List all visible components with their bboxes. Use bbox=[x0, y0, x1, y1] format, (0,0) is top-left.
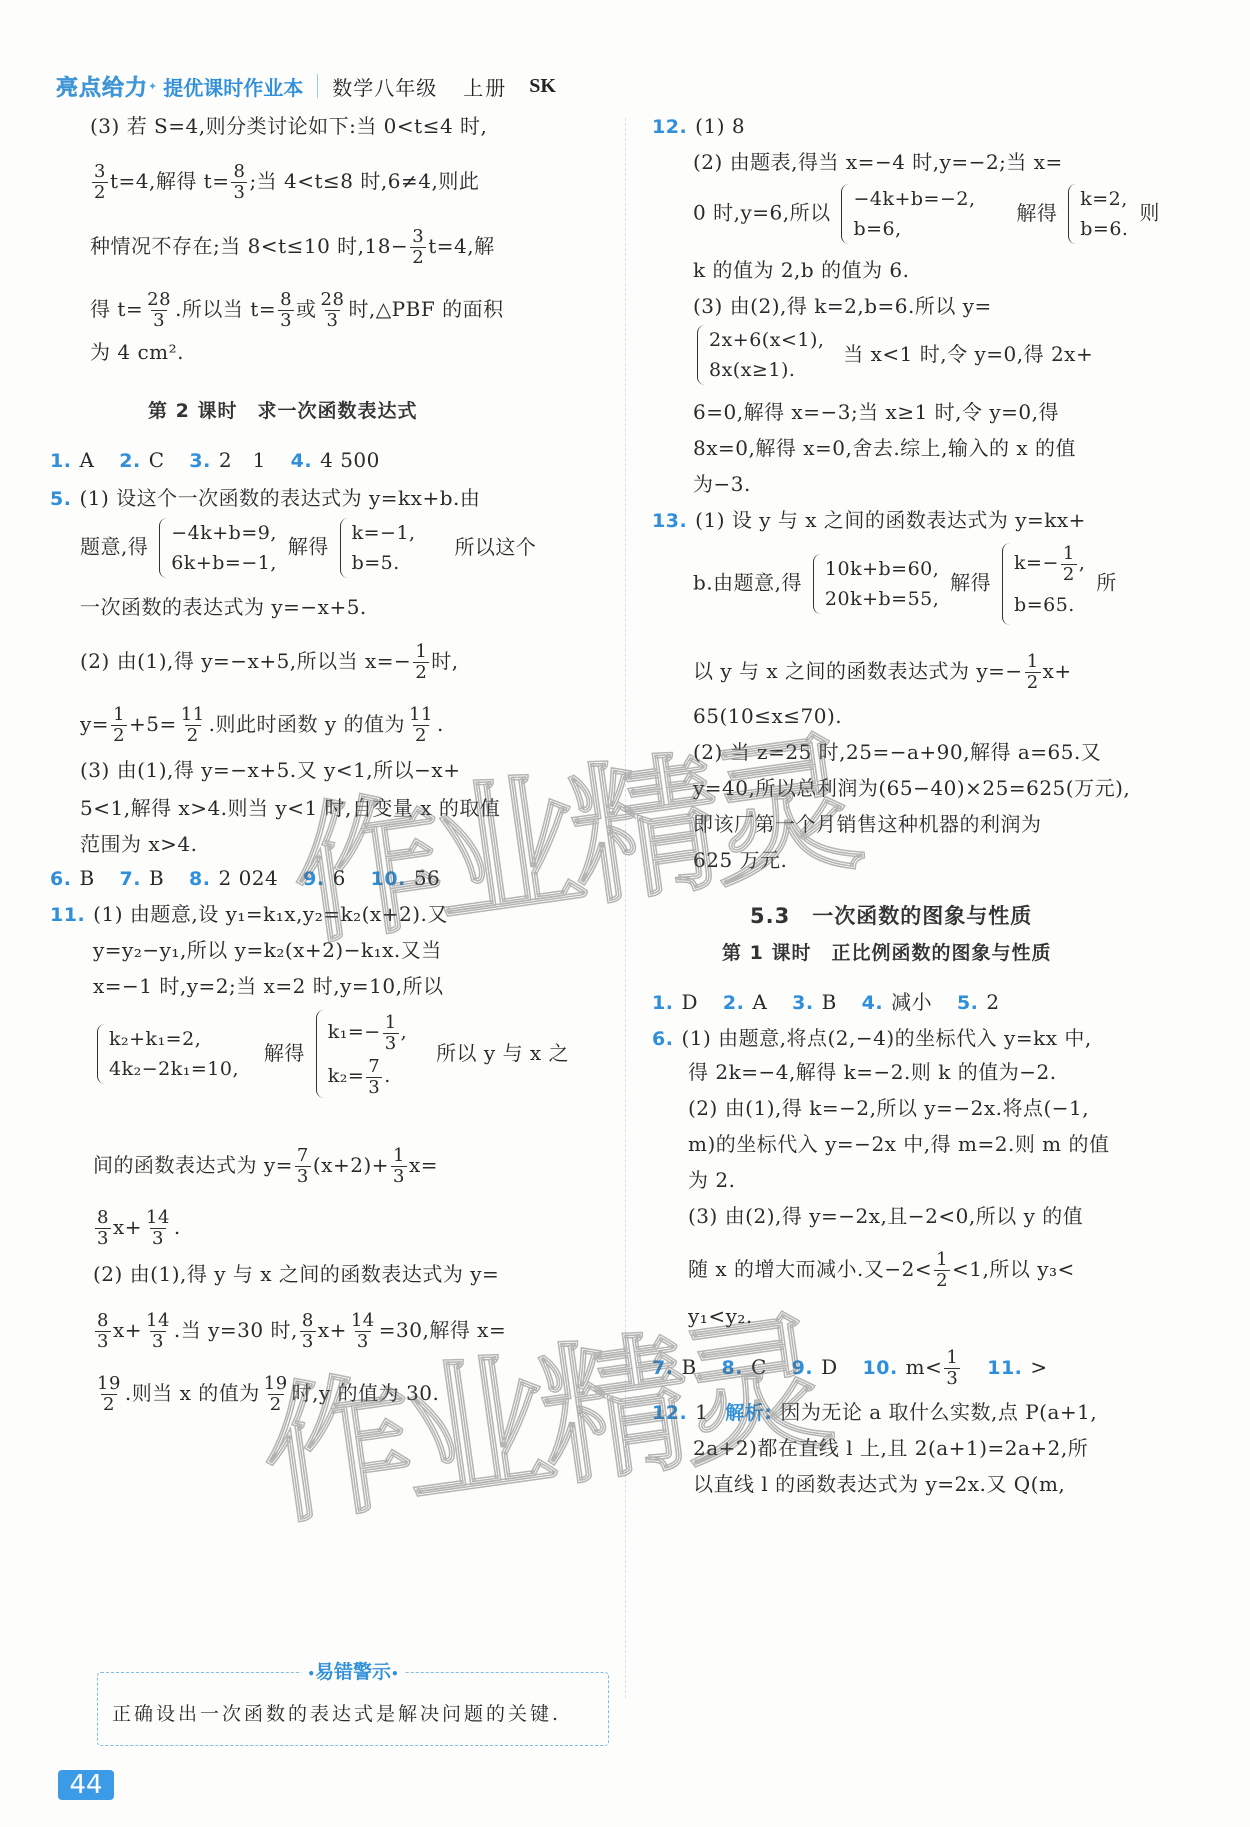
question-12: 12.(1) 8 bbox=[652, 112, 745, 141]
text-line: (3) 若 S=4,则分类讨论如下:当 0<t≤4 时, bbox=[90, 112, 487, 140]
text-line: (2) 由(1),得 y 与 x 之间的函数表达式为 y= bbox=[93, 1260, 499, 1288]
fraction: 192 bbox=[262, 1374, 290, 1415]
fraction: 143 bbox=[349, 1311, 377, 1352]
fraction: 83 bbox=[278, 290, 294, 331]
fraction: 12 bbox=[111, 705, 127, 746]
edition-label: SK bbox=[529, 75, 556, 98]
text-line: (3) 由(2),得 y=−2x,且−2<0,所以 y 的值 bbox=[688, 1202, 1083, 1230]
brand-logo: 亮点给力 bbox=[56, 71, 148, 102]
fraction: 83 bbox=[95, 1311, 111, 1352]
text-line: 2a+2)都在直线 l 上,且 2(a+1)=2a+2,所 bbox=[693, 1434, 1088, 1462]
fraction: 283 bbox=[145, 290, 173, 331]
equation-system: k₁=−13,k₂=73. bbox=[316, 1010, 407, 1098]
text-line: 题意,得 −4k+b=9,6k+b=−1, 解得 k=−1,b=5. 所以这个 bbox=[80, 518, 536, 578]
fraction: 83 bbox=[231, 162, 247, 203]
text-line: 以 y 与 x 之间的函数表达式为 y=−12x+ bbox=[693, 652, 1072, 693]
question-6: 6.(1) 由题意,将点(2,−4)的坐标代入 y=kx 中, bbox=[652, 1024, 1092, 1053]
answer-row: 7.B 8.C 9.D 10.m<13 11.> bbox=[652, 1348, 1048, 1389]
fraction: 12 bbox=[413, 642, 429, 683]
text-line: (2) 由(1),得 y=−x+5,所以当 x=−12时, bbox=[80, 642, 459, 683]
page-header: 亮点给力 ✦ 提优课时作业本 数学八年级 上册 SK bbox=[56, 68, 556, 104]
text-line: 以直线 l 的函数表达式为 y=2x.又 Q(m, bbox=[693, 1470, 1065, 1498]
text-line: 得 t=283.所以当 t=83或283时,△PBF 的面积 bbox=[90, 290, 504, 331]
text-line: 625 万元. bbox=[693, 846, 787, 874]
equation-system: k=2,b=6. bbox=[1068, 184, 1128, 244]
equation-system: −4k+b=−2,b=6, bbox=[841, 184, 975, 244]
page-number-badge: 44 bbox=[58, 1770, 114, 1800]
text-line: y=40,所以总利润为(65−40)×25=625(万元), bbox=[693, 774, 1130, 802]
text-line: 为 2. bbox=[688, 1166, 735, 1194]
text-line: 6=0,解得 x=−3;当 x≥1 时,令 y=0,得 bbox=[693, 398, 1059, 426]
answer-row: 1.D 2.A 3.B 4.减小 5.2 bbox=[652, 988, 1000, 1017]
text-line: (2) 由(1),得 k=−2,所以 y=−2x.将点(−1, bbox=[688, 1094, 1089, 1122]
text-line: y=y₂−y₁,所以 y=k₂(x+2)−k₁x.又当 bbox=[93, 936, 442, 964]
text-line: (3) 由(2),得 k=2,b=6.所以 y= bbox=[693, 292, 992, 320]
text-line: 2x+6(x<1),8x(x≥1). 当 x<1 时,令 y=0,得 2x+ bbox=[693, 325, 1093, 385]
text-line: (3) 由(1),得 y=−x+5.又 y<1,所以−x+ bbox=[80, 756, 460, 784]
question-5: 5.(1) 设这个一次函数的表达式为 y=kx+b.由 bbox=[50, 484, 480, 513]
equation-system: k₂+k₁=2,4k₂−2k₁=10, bbox=[97, 1024, 239, 1084]
fraction: 32 bbox=[92, 162, 108, 203]
text-line: 65(10≤x≤70). bbox=[693, 702, 842, 730]
star-icon: ✦ bbox=[148, 80, 157, 93]
text-line: 0 时,y=6,所以 −4k+b=−2,b=6, 解得 k=2,b=6. 则 bbox=[693, 184, 1160, 244]
text-line: k 的值为 2,b 的值为 6. bbox=[693, 256, 910, 284]
piecewise-function: 2x+6(x<1),8x(x≥1). bbox=[697, 325, 824, 385]
text-line: 间的函数表达式为 y=73(x+2)+13x= bbox=[93, 1146, 438, 1187]
text-line: x=−1 时,y=2;当 x=2 时,y=10,所以 bbox=[93, 972, 443, 1000]
fraction: 73 bbox=[295, 1146, 311, 1187]
text-line: 83x+143.当 y=30 时,83x+143=30,解得 x= bbox=[93, 1311, 506, 1352]
warning-text: 正确设出一次函数的表达式是解决问题的关键. bbox=[112, 1699, 561, 1726]
text-line: 随 x 的增大而减小.又−2<12<1,所以 y₃< bbox=[688, 1250, 1075, 1291]
text-line: (2) 当 z=25 时,25=−a+90,解得 a=65.又 bbox=[693, 738, 1101, 766]
text-line: b.由题意,得 10k+b=60,20k+b=55, 解得 k=−12,b=65… bbox=[693, 543, 1117, 625]
answer-row: 1.A 2.C 3.2 1 4.4 500 bbox=[50, 446, 380, 475]
fraction: 143 bbox=[144, 1208, 172, 1249]
text-line: m)的坐标代入 y=−2x 中,得 m=2.则 m 的值 bbox=[688, 1130, 1110, 1158]
fraction: 13 bbox=[944, 1348, 960, 1389]
text-line: 种情况不存在;当 8<t≤10 时,18−32t=4,解 bbox=[90, 227, 495, 268]
text-line: 为 4 cm². bbox=[90, 338, 184, 366]
text-line: 192.则当 x 的值为192时,y 的值为 30. bbox=[93, 1374, 439, 1415]
fraction: 143 bbox=[144, 1311, 172, 1352]
question-11: 11.(1) 由题意,设 y₁=k₁x,y₂=k₂(x+2).又 bbox=[50, 900, 448, 929]
text-line: 32t=4,解得 t=83;当 4<t≤8 时,6≠4,则此 bbox=[90, 162, 479, 203]
fraction: 32 bbox=[410, 227, 426, 268]
text-line: 为−3. bbox=[693, 470, 751, 498]
fraction: 192 bbox=[95, 1374, 123, 1415]
equation-system: k=−12,b=65. bbox=[1002, 543, 1085, 625]
text-line: 范围为 x>4. bbox=[80, 830, 197, 858]
section-heading: 5.3 一次函数的图象与性质 bbox=[750, 900, 1032, 930]
column-divider bbox=[625, 118, 626, 1698]
volume-label: 上册 bbox=[463, 72, 507, 101]
equation-system: k=−1,b=5. bbox=[340, 518, 416, 578]
fraction: 112 bbox=[407, 705, 435, 746]
question-13: 13.(1) 设 y 与 x 之间的函数表达式为 y=kx+ bbox=[652, 506, 1086, 535]
analysis-label: 解析: bbox=[725, 1402, 772, 1424]
text-line: k₂+k₁=2,4k₂−2k₁=10, 解得 k₁=−13,k₂=73. 所以 … bbox=[93, 1010, 569, 1098]
fraction: 283 bbox=[319, 290, 347, 331]
lesson-heading: 第 2 课时 求一次函数表达式 bbox=[148, 396, 417, 423]
text-line: y=12+5=112.则此时函数 y 的值为112. bbox=[80, 705, 444, 746]
answer-row: 6.B 7.B 8.2 024 9.6 10.56 bbox=[50, 864, 440, 893]
text-line: (2) 由题表,得当 x=−4 时,y=−2;当 x= bbox=[693, 148, 1063, 176]
series-title: 提优课时作业本 bbox=[163, 72, 303, 101]
text-line: 一次函数的表达式为 y=−x+5. bbox=[80, 593, 367, 621]
subject-grade: 数学八年级 bbox=[332, 72, 437, 101]
text-line: 83x+143. bbox=[93, 1208, 181, 1249]
fraction: 12 bbox=[934, 1250, 950, 1291]
text-line: 5<1,解得 x>4.则当 y<1 时,自变量 x 的取值 bbox=[80, 794, 500, 822]
question-12-analysis: 12.1 解析:因为无论 a 取什么实数,点 P(a+1, bbox=[652, 1398, 1097, 1427]
fraction: 112 bbox=[179, 705, 207, 746]
fraction: 83 bbox=[95, 1208, 111, 1249]
fraction: 13 bbox=[391, 1146, 407, 1187]
text-line: 8x=0,解得 x=0,舍去.综上,输入的 x 的值 bbox=[693, 434, 1076, 462]
equation-system: −4k+b=9,6k+b=−1, bbox=[159, 518, 277, 578]
equation-system: 10k+b=60,20k+b=55, bbox=[813, 554, 939, 614]
fraction: 83 bbox=[300, 1311, 316, 1352]
header-separator bbox=[317, 74, 318, 98]
warning-title: •易错警示• bbox=[301, 1657, 404, 1684]
fraction: 12 bbox=[1025, 652, 1041, 693]
text-line: y₁<y₂. bbox=[688, 1302, 753, 1330]
text-line: 即该厂第一个月销售这种机器的利润为 bbox=[693, 810, 1042, 838]
text-line: 得 2k=−4,解得 k=−2.则 k 的值为−2. bbox=[688, 1058, 1057, 1086]
error-warning-box: •易错警示• 正确设出一次函数的表达式是解决问题的关键. bbox=[97, 1672, 609, 1746]
lesson-heading: 第 1 课时 正比例函数的图象与性质 bbox=[722, 938, 1051, 965]
